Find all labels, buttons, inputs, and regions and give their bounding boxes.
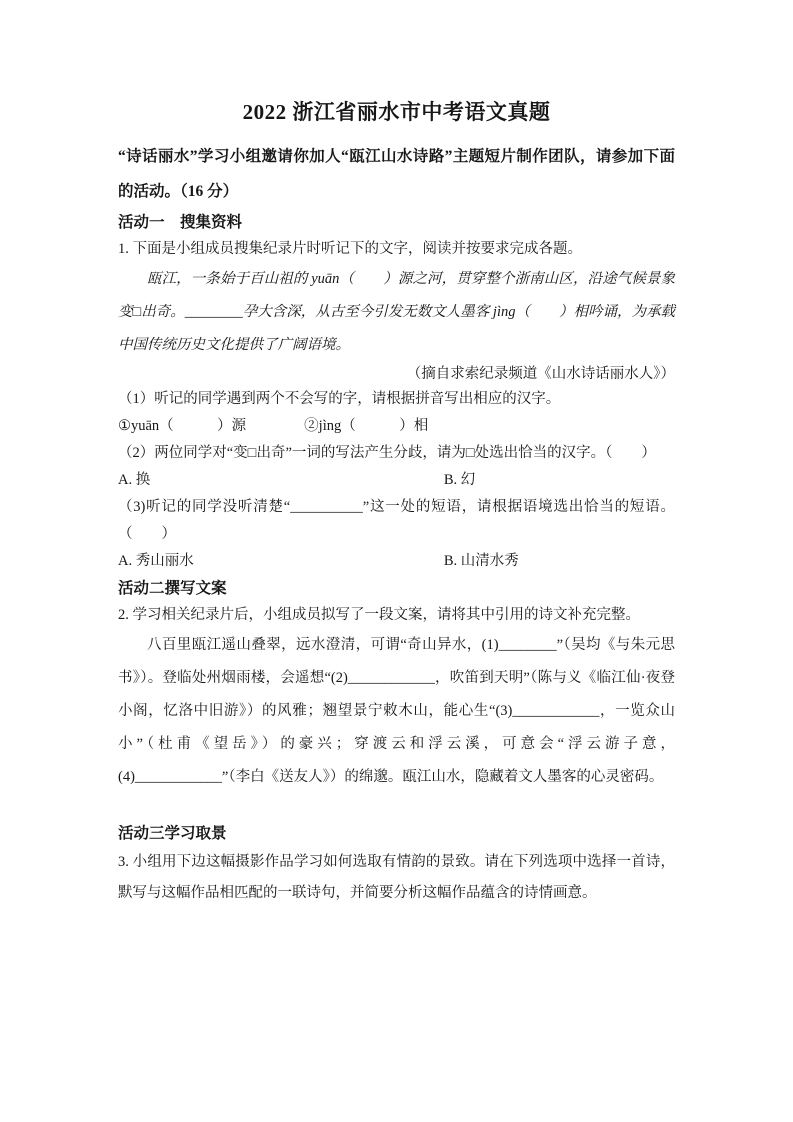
passage-source: （摘自求索纪录频道《山水诗话丽水人》） (118, 362, 675, 386)
sub-question-2: （2）两位同学对“变□出奇”一词的写法产生分歧，请为□处选出恰当的汉字。（ ） (118, 440, 675, 467)
pinyin-fill-items: ①yuān（ ）源 ②jìng（ ）相 (118, 413, 675, 440)
option-a-xiushanlishui: A. 秀山丽水 (118, 548, 444, 575)
question-1: 1. 下面是小组成员搜集纪录片时听记下的文字，阅读并按要求完成各题。 (118, 236, 675, 263)
essay-passage: 八百里瓯江遥山叠翠，远水澄清，可谓“奇山异水，(1)________”（吴均《与… (118, 629, 675, 794)
question-3: 3. 小组用下边这幅摄影作品学习如何选取有情韵的景致。请在下列选项中选择一首诗，… (118, 847, 675, 909)
exam-document-page: 2022 浙江省丽水市中考语文真题 “诗话丽水”学习小组邀请你加人“瓯江山水诗路… (0, 0, 793, 1122)
question-2-options: A. 换 B. 幻 (118, 467, 675, 494)
activity-two-heading: 活动二撰写文案 (118, 575, 675, 602)
activity-one-heading: 活动一 搜集资料 (118, 209, 675, 236)
question-3-options: A. 秀山丽水 B. 山清水秀 (118, 548, 675, 575)
listening-passage: 瓯江，一条始于百山祖的 yuān（ ）源之河，贯穿整个浙南山区，沿途气候景象变□… (118, 263, 675, 362)
option-b-huan: B. 幻 (444, 467, 675, 494)
intro-paragraph: “诗话丽水”学习小组邀请你加人“瓯江山水诗路”主题短片制作团队，请参加下面的活动… (118, 139, 675, 209)
page-title: 2022 浙江省丽水市中考语文真题 (118, 99, 675, 125)
option-b-shanqingshuixiu: B. 山清水秀 (444, 548, 675, 575)
sub-question-1: （1）听记的同学遇到两个不会写的字，请根据拼音写出相应的汉字。 (118, 386, 675, 413)
question-2: 2. 学习相关纪录片后，小组成员拟写了一段文案，请将其中引用的诗文补充完整。 (118, 602, 675, 629)
sub-question-3: （3)听记的同学没听清楚“__________”这一处的短语，请根据语境选出恰当… (118, 494, 675, 548)
activity-three-heading: 活动三学习取景 (118, 820, 675, 847)
option-a-huan: A. 换 (118, 467, 444, 494)
